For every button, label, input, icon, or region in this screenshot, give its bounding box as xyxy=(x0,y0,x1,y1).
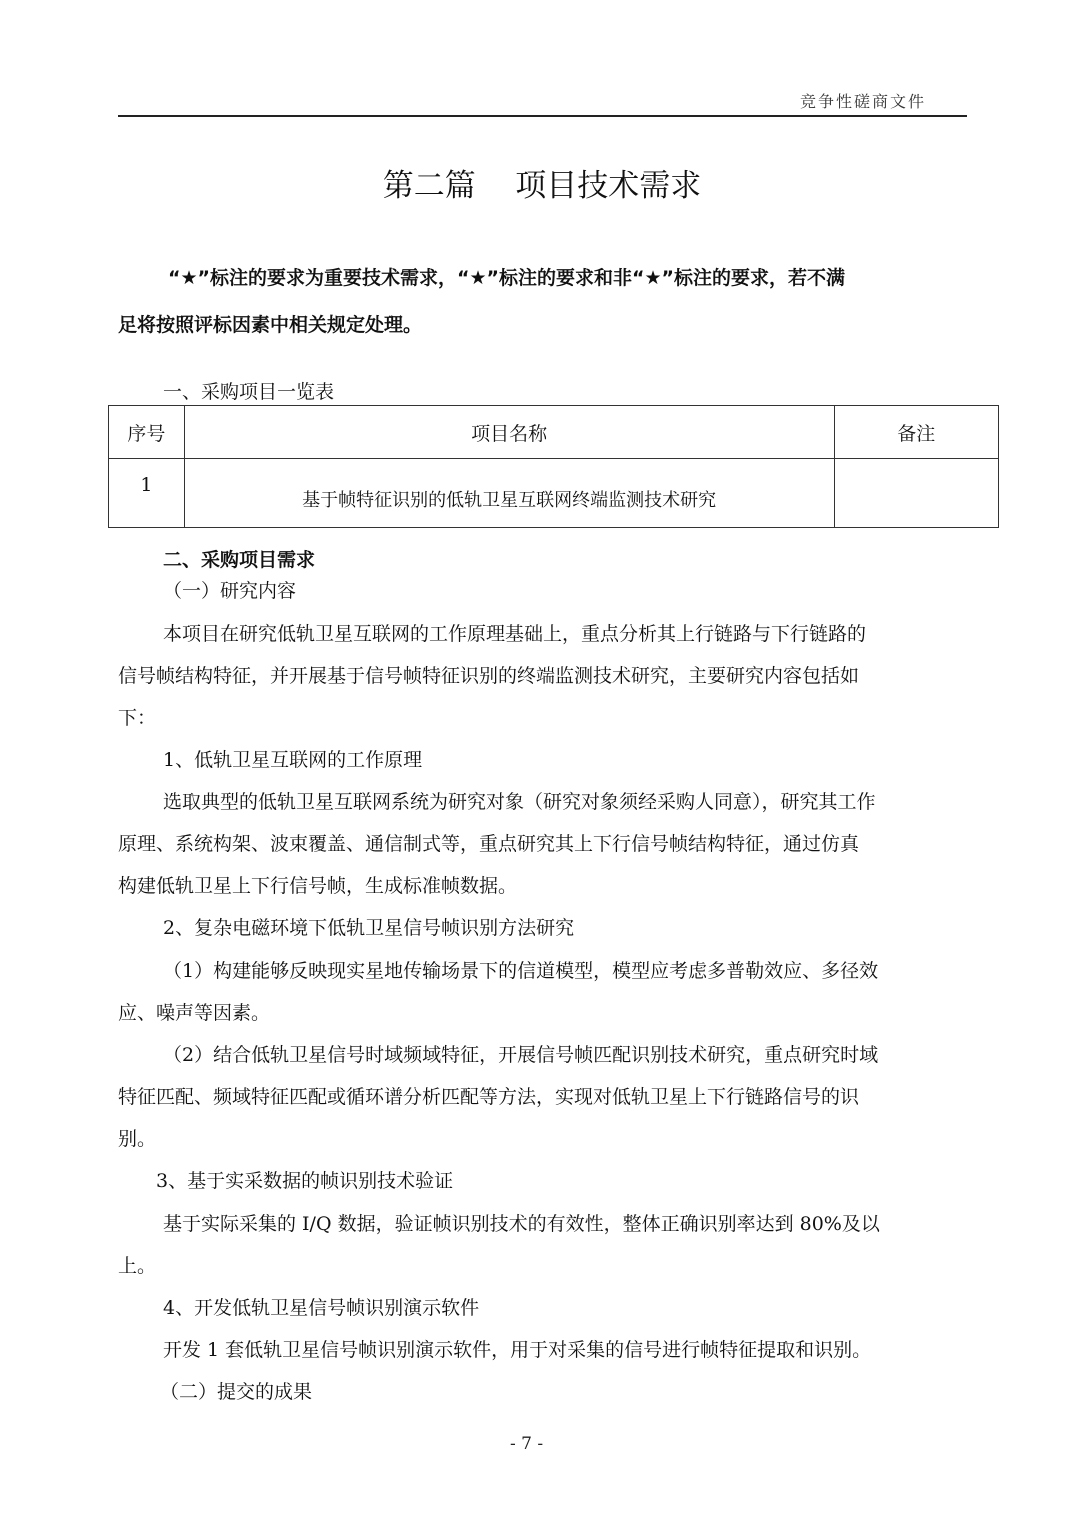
procurement-table: 序号 项目名称 备注 1 基于帧特征识别的低轨卫星互联网终端监测技术研究 xyxy=(108,405,999,528)
item-2-line-4: 特征匹配、频域特征匹配或循环谱分析匹配等方法，实现对低轨卫星上下行链路信号的识 xyxy=(118,1082,859,1109)
header-divider xyxy=(118,115,967,117)
table-header-row: 序号 项目名称 备注 xyxy=(109,406,999,459)
item-3-line-1: 基于实际采集的 I/Q 数据，验证帧识别技术的有效性，整体正确识别率达到 80%… xyxy=(163,1209,880,1236)
section-2-heading: 二、采购项目需求 xyxy=(163,545,315,572)
cell-name: 基于帧特征识别的低轨卫星互联网终端监测技术研究 xyxy=(184,459,834,528)
item-2-line-2: 应、噪声等因素。 xyxy=(118,998,270,1025)
intro-line-1: 本项目在研究低轨卫星互联网的工作原理基础上，重点分析其上行链路与下行链路的 xyxy=(163,619,866,646)
table-row: 1 基于帧特征识别的低轨卫星互联网终端监测技术研究 xyxy=(109,459,999,528)
intro-line-3: 下： xyxy=(118,703,156,730)
item-1-line-2: 原理、系统构架、波束覆盖、通信制式等，重点研究其上下行信号帧结构特征，通过仿真 xyxy=(118,829,859,856)
running-header: 竞争性磋商文件 xyxy=(800,89,940,112)
cell-note xyxy=(834,459,998,528)
notice-line-1: “★”标注的要求为重要技术需求，“★”标注的要求和非“★”标注的要求，若不满 xyxy=(168,263,1028,290)
item-2-line-3: （2）结合低轨卫星信号时域频域特征，开展信号帧匹配识别技术研究，重点研究时域 xyxy=(163,1040,878,1067)
column-header-note: 备注 xyxy=(834,406,998,459)
column-header-index: 序号 xyxy=(109,406,185,459)
subsection-2-heading: （二）提交的成果 xyxy=(160,1377,312,1404)
item-1-heading: 1、低轨卫星互联网的工作原理 xyxy=(163,745,422,772)
item-1-line-1: 选取典型的低轨卫星互联网系统为研究对象（研究对象须经采购人同意），研究其工作 xyxy=(163,787,876,814)
document-page: 竞争性磋商文件 第二篇 项目技术需求 “★”标注的要求为重要技术需求，“★”标注… xyxy=(0,0,1074,1520)
cell-index: 1 xyxy=(109,459,185,528)
item-2-heading: 2、复杂电磁环境下低轨卫星信号帧识别方法研究 xyxy=(163,913,574,940)
column-header-name: 项目名称 xyxy=(184,406,834,459)
page-title: 第二篇 项目技术需求 xyxy=(0,160,1074,205)
page-number: - 7 - xyxy=(510,1434,543,1454)
notice-line-2: 足将按照评标因素中相关规定处理。 xyxy=(118,310,978,337)
item-4-heading: 4、开发低轨卫星信号帧识别演示软件 xyxy=(163,1293,479,1320)
section-1-heading: 一、采购项目一览表 xyxy=(163,377,334,404)
intro-line-2: 信号帧结构特征，并开展基于信号帧特征识别的终端监测技术研究，主要研究内容包括如 xyxy=(118,661,859,688)
item-2-line-5: 别。 xyxy=(118,1124,156,1151)
item-3-line-2: 上。 xyxy=(118,1251,156,1278)
subsection-1-heading: （一）研究内容 xyxy=(163,576,296,603)
item-4-line-1: 开发 1 套低轨卫星信号帧识别演示软件，用于对采集的信号进行帧特征提取和识别。 xyxy=(163,1335,871,1362)
item-3-heading: 3、基于实采数据的帧识别技术验证 xyxy=(156,1166,453,1193)
item-1-line-3: 构建低轨卫星上下行信号帧，生成标准帧数据。 xyxy=(118,871,517,898)
item-2-line-1: （1）构建能够反映现实星地传输场景下的信道模型，模型应考虑多普勒效应、多径效 xyxy=(163,956,878,983)
